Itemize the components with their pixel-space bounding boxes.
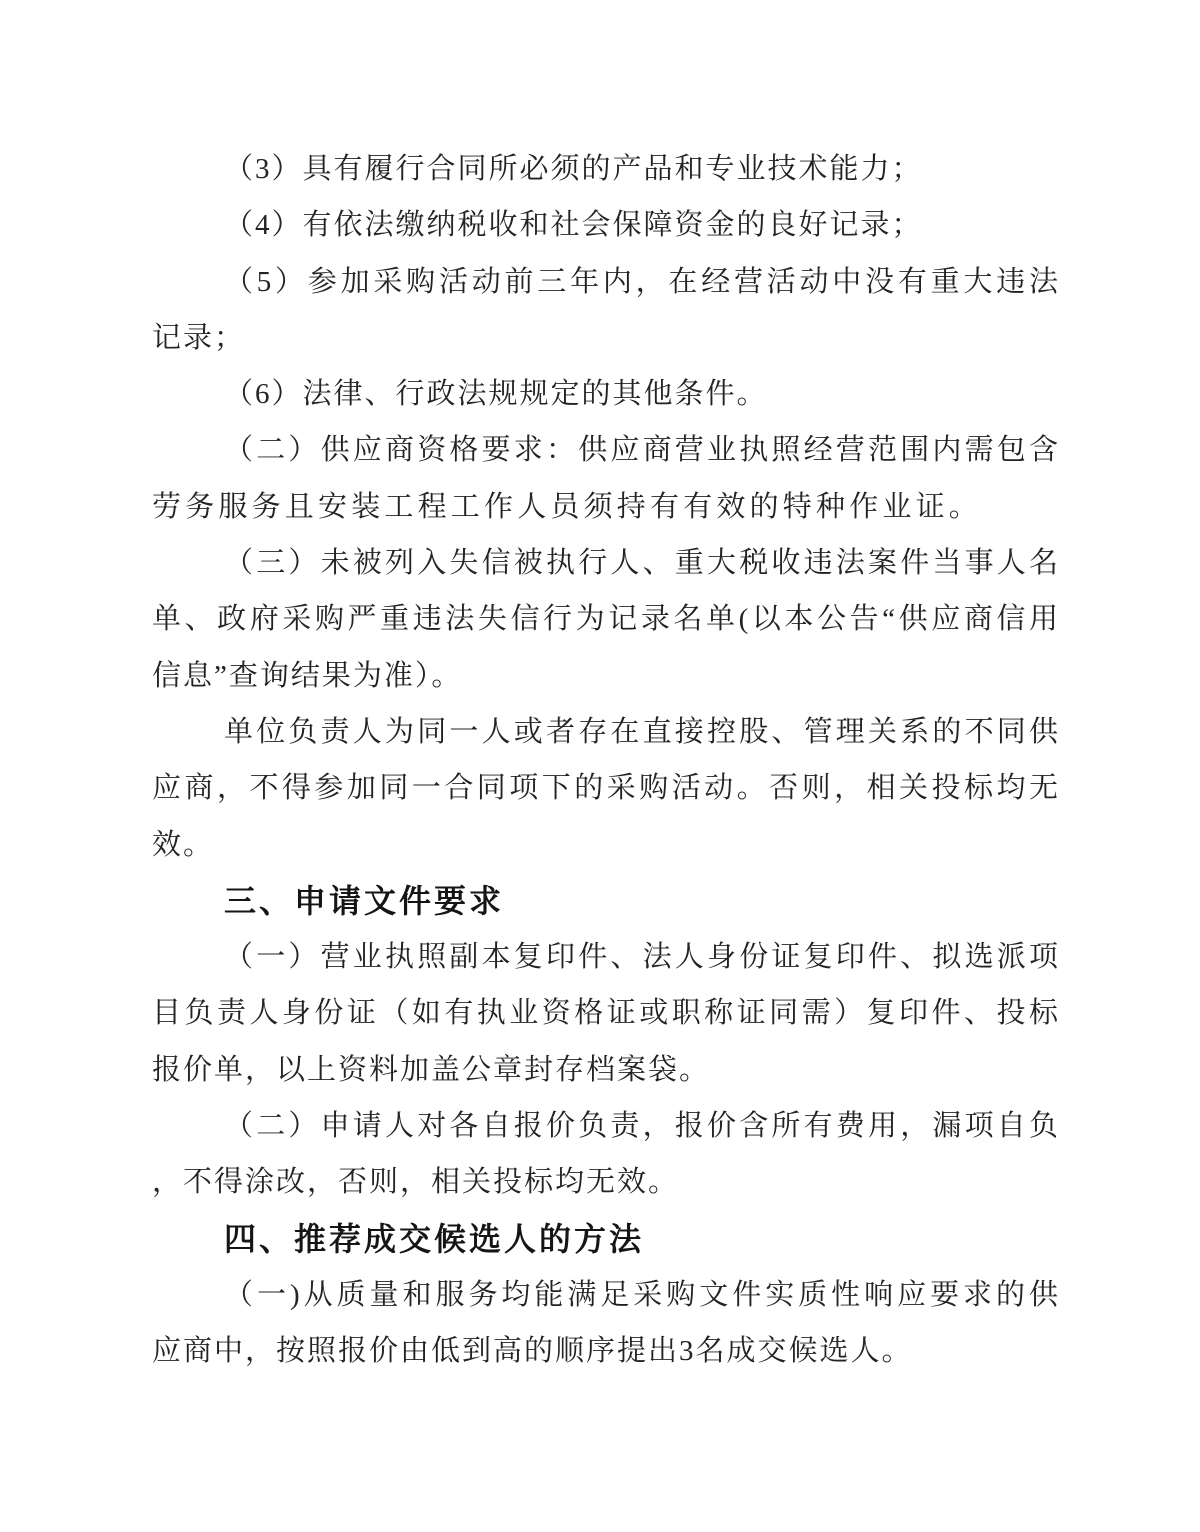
text-line-sec3-clause-1-cont-1: 目负责人身份证（如有执业资格证或职称证同需）复印件、投标	[152, 985, 1058, 1041]
text-line-item-3: （3）具有履行合同所必须的产品和专业技术能力；	[152, 141, 1058, 197]
text-line-item-4: （4）有依法缴纳税收和社会保障资金的良好记录；	[152, 197, 1058, 253]
text-line-sec3-clause-1-cont-2: 报价单，以上资料加盖公章封存档案袋。	[152, 1042, 1058, 1098]
text-line-sec3-clause-1: （一）营业执照副本复印件、法人身份证复印件、拟选派项	[152, 929, 1058, 985]
text-line-sec3-clause-2-cont: ，不得涂改，否则，相关投标均无效。	[152, 1154, 1058, 1210]
text-line-para-responsible: 单位负责人为同一人或者存在直接控股、管理关系的不同供	[152, 704, 1058, 760]
text-line-clause-2: （二）供应商资格要求：供应商营业执照经营范围内需包含	[152, 422, 1058, 478]
text-line-clause-3-cont-2: 信息”查询结果为准）。	[152, 648, 1058, 704]
text-line-item-6: （6）法律、行政法规规定的其他条件。	[152, 366, 1058, 422]
text-line-item-5: （5）参加采购活动前三年内，在经营活动中没有重大违法	[152, 254, 1058, 310]
text-line-clause-3: （三）未被列入失信被执行人、重大税收违法案件当事人名	[152, 535, 1058, 591]
text-line-para-cont-1: 应商，不得参加同一合同项下的采购活动。否则，相关投标均无	[152, 760, 1058, 816]
text-line-sec4-clause-1: （一)从质量和服务均能满足采购文件实质性响应要求的供	[152, 1267, 1058, 1323]
section-heading-3: 三、申请文件要求	[152, 873, 1058, 929]
text-line-clause-3-cont-1: 单、政府采购严重违法失信行为记录名单(以本公告“供应商信用	[152, 591, 1058, 647]
section-heading-4: 四、推荐成交候选人的方法	[152, 1211, 1058, 1267]
text-line-clause-2-cont: 劳务服务且安装工程工作人员须持有有效的特种作业证。	[152, 479, 1058, 535]
document-page: （3）具有履行合同所必须的产品和专业技术能力； （4）有依法缴纳税收和社会保障资…	[0, 0, 1200, 1532]
text-line-sec3-clause-2: （二）申请人对各自报价负责，报价含所有费用，漏项自负	[152, 1098, 1058, 1154]
document-body: （3）具有履行合同所必须的产品和专业技术能力； （4）有依法缴纳税收和社会保障资…	[152, 141, 1058, 1380]
text-line-para-cont-2: 效。	[152, 817, 1058, 873]
text-line-item-5-cont: 记录；	[152, 310, 1058, 366]
text-line-sec4-clause-1-cont: 应商中，按照报价由低到高的顺序提出3名成交候选人。	[152, 1323, 1058, 1379]
